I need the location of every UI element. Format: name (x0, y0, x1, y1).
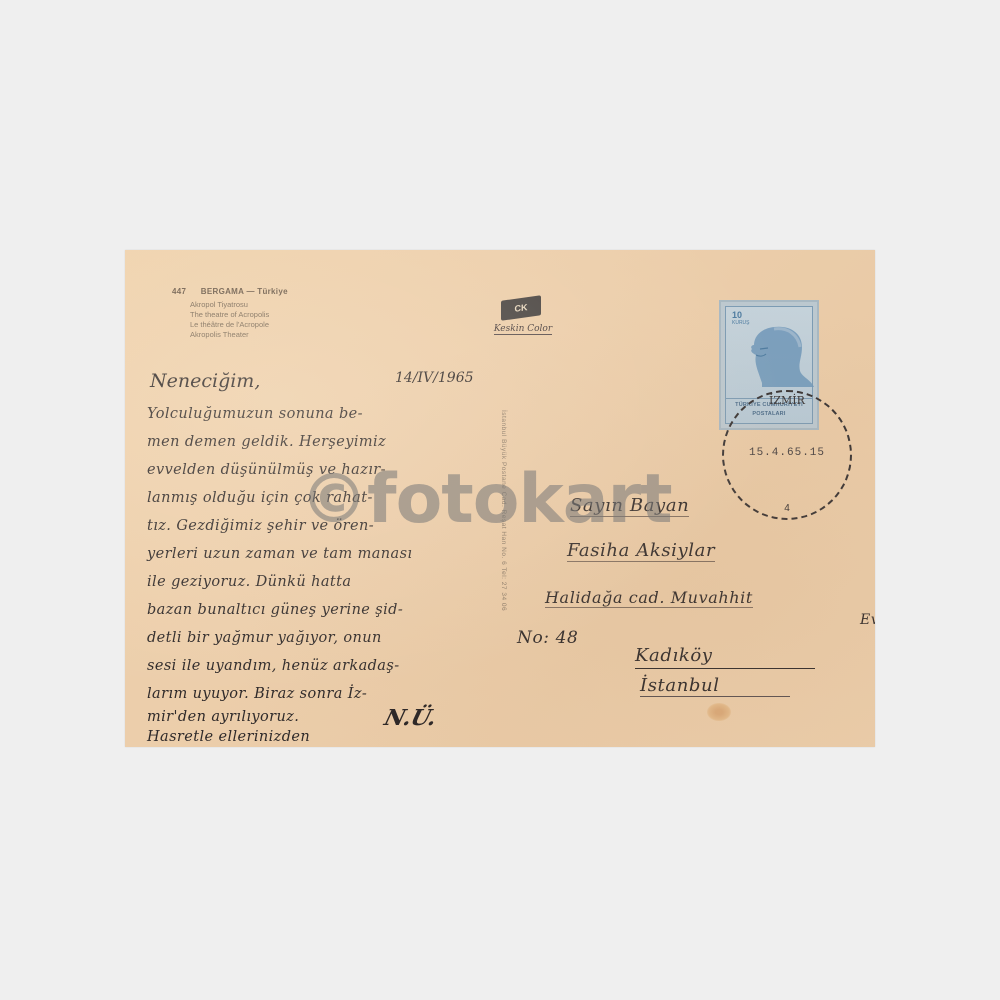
postmark-bottom: 4 (724, 503, 850, 514)
caption-line: Le théâtre de l'Acropole (190, 320, 288, 330)
letter-line: sesi ile uyandım, henüz arkadaş- (147, 652, 412, 680)
caption-line: Akropol Tiyatrosu (190, 300, 288, 310)
letter-line: mir'den ayrılıyoruz. (147, 708, 412, 726)
address-district: Kadıköy (635, 645, 815, 669)
stain-mark (707, 703, 731, 721)
publisher-brand: Keskin Color (494, 324, 552, 335)
caption-line: Akropolis Theater (190, 330, 288, 340)
letter-line: bazan bunaltıcı güneş yerine şid- (147, 596, 412, 624)
letter-line: Yolculuğumuzun sonuna be- (147, 400, 412, 428)
postmark-date: 15.4.65.15 (724, 447, 850, 459)
address-street-cont: Ev (860, 612, 875, 628)
publisher-logo: CK Keskin Color (483, 298, 563, 336)
letter-line: men demen geldik. Herşeyimiz (147, 428, 412, 456)
address-city: İstanbul (640, 675, 790, 697)
postmark-place: İZMİR (724, 394, 850, 407)
letter-line: lanmış olduğu için çok rahat- (147, 484, 412, 512)
letter-line: larım uyuyor. Biraz sonra İz- (147, 680, 412, 708)
address-name: Fasiha Aksiylar (567, 540, 715, 562)
caption-number: 447 (172, 287, 186, 296)
letter-body: Yolculuğumuzun sonuna be- men demen geld… (147, 400, 412, 747)
letter-line: detli bir yağmur yağıyor, onun (147, 624, 412, 652)
letter-date: 14/IV/1965 (395, 370, 474, 386)
address-street: Halidağa cad. Muvahhit (545, 588, 753, 608)
letter-line: evvelden düşünülmüş ve hazır- (147, 456, 412, 484)
address-salutation: Sayın Bayan (570, 495, 689, 517)
letter-greeting: Neneciğim, (150, 370, 260, 392)
caption-line: The theatre of Acropolis (190, 310, 288, 320)
postcard: 447 BERGAMA — Türkiye Akropol Tiyatrosu … (125, 250, 875, 747)
letter-line: Hasretle ellerinizden (147, 726, 412, 747)
letter-line: ile geziyoruz. Dünkü hatta (147, 568, 412, 596)
address-number: No: 48 (517, 628, 578, 648)
caption-title: BERGAMA — Türkiye (201, 287, 288, 296)
caption-heading: 447 BERGAMA — Türkiye (172, 287, 288, 296)
postmark: İZMİR 15.4.65.15 4 (722, 390, 852, 520)
postcard-caption: 447 BERGAMA — Türkiye Akropol Tiyatrosu … (172, 287, 288, 340)
signature: N.Ü. (382, 705, 440, 731)
portrait-icon (740, 321, 818, 387)
letter-line: yerleri uzun zaman ve tam manası (147, 540, 412, 568)
printer-imprint: İstanbul Büyük Postane Cad. Reşat Han No… (497, 410, 507, 740)
flag-icon: CK (501, 295, 541, 321)
letter-line: tız. Gezdiğimiz şehir ve ören- (147, 512, 412, 540)
